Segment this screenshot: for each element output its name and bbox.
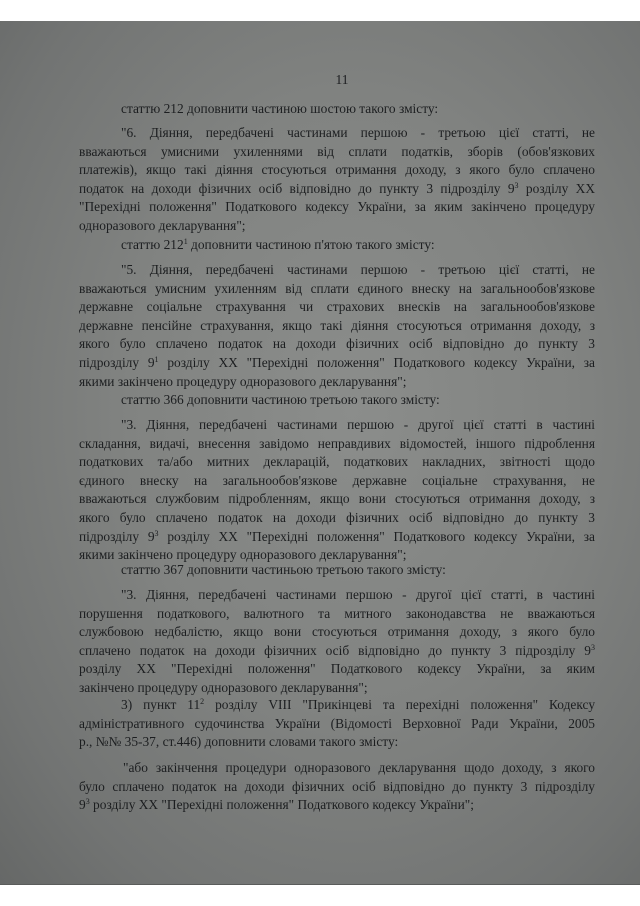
text-line: якими закінчено процедуру одноразового д… xyxy=(79,373,595,392)
paragraph-art212-intro: статтю 212 доповнити частиною шостою так… xyxy=(79,100,595,119)
text-segment: податок на доходи фізичних осіб відповід… xyxy=(79,181,515,196)
text-line: "6. Діяння, передбачені частинами першою… xyxy=(79,124,595,143)
text-line: "3. Діяння, передбачені частинами першою… xyxy=(79,416,595,435)
text-line: податкових та/або митних декларацій, под… xyxy=(79,453,595,472)
text-line: підрозділу 93 розділу XX "Перехідні поло… xyxy=(79,528,595,547)
text-line: складання, видачі, внесення завідомо неп… xyxy=(79,435,595,454)
text-line: сплачено податок на доходи фізичних осіб… xyxy=(79,642,595,661)
text-line: вважаються умисними ухиленнями від сплат… xyxy=(79,143,595,162)
paragraph-art2121-part5: "5. Діяння, передбачені частинами першою… xyxy=(79,261,595,391)
text-line: статтю 2121 доповнити частиною п'ятою та… xyxy=(79,236,595,255)
text-line: 93 розділу XX "Перехідні положення" Пода… xyxy=(79,796,595,815)
paragraph-art2121-intro: статтю 2121 доповнити частиною п'ятою та… xyxy=(79,236,595,255)
text-line: якого було сплачено податок на доходи фі… xyxy=(79,335,595,354)
scanned-page: 11 статтю 212 доповнити частиною шостою … xyxy=(0,21,640,885)
text-line: "5. Діяння, передбачені частинами першою… xyxy=(79,261,595,280)
text-segment: 3) пункт 11 xyxy=(121,697,200,712)
text-segment: розділу XX "Перехідні положення" Податко… xyxy=(90,797,474,812)
text-line: р., №№ 35-37, ст.446) доповнити словами … xyxy=(79,733,595,752)
text-line: службовою недбалістю, якщо вони стосують… xyxy=(79,623,595,642)
text-line: статтю 367 доповнити частиньою третьою т… xyxy=(79,561,595,580)
paragraph-item3: 3) пункт 112 розділу VIII "Прикінцеві та… xyxy=(79,696,595,752)
page-number: 11 xyxy=(79,71,595,90)
text-line: "3. Діяння, передбачені частинами першою… xyxy=(79,586,595,605)
text-line: закінчено процедуру одноразового деклару… xyxy=(79,679,595,698)
text-line: порушення податкового, валютного та митн… xyxy=(79,605,595,624)
text-line: єдиного внеску на загальнообов'язкове де… xyxy=(79,472,595,491)
text-line: було сплачено податок на доходи фізичних… xyxy=(79,778,595,797)
paragraph-art212-part6: "6. Діяння, передбачені частинами першою… xyxy=(79,124,595,236)
text-line: підрозділу 91 розділу XX "Перехідні поло… xyxy=(79,354,595,373)
text-line: розділу XX "Перехідні положення" Податко… xyxy=(79,660,595,679)
text-line: вважаються службовим підробленням, якщо … xyxy=(79,490,595,509)
paragraph-art367-part3: "3. Діяння, передбачені частинами першою… xyxy=(79,586,595,698)
text-line: 3) пункт 112 розділу VIII "Прикінцеві та… xyxy=(79,696,595,715)
text-line: "або закінчення процедури одноразового д… xyxy=(79,759,595,778)
text-line: одноразового декларування"; xyxy=(79,217,595,236)
text-line: платежів), якщо такі діяння стосуються о… xyxy=(79,161,595,180)
text-segment: розділу XX "Перехідні положення" Податко… xyxy=(159,529,595,544)
text-segment: доповнити частиною п'ятою такого змісту: xyxy=(188,237,435,252)
text-line: вважаються умисним ухиленням від сплати … xyxy=(79,280,595,299)
text-segment: розділу XX xyxy=(519,181,595,196)
paragraph-art367-intro: статтю 367 доповнити частиньою третьою т… xyxy=(79,561,595,580)
text-segment: статтю 212 xyxy=(121,237,184,252)
text-segment: підрозділу 9 xyxy=(79,529,155,544)
text-line: державне пенсійне страхування, якщо такі… xyxy=(79,317,595,336)
text-segment: розділу XX "Перехідні положення" Податко… xyxy=(159,355,595,370)
text-segment: розділу VIII "Прикінцеві та перехідні по… xyxy=(204,697,595,712)
superscript: 3 xyxy=(591,643,595,652)
text-segment: сплачено податок на доходи фізичних осіб… xyxy=(79,643,591,658)
paragraph-art366-intro: статтю 366 доповнити частиною третьою та… xyxy=(79,391,595,410)
text-line: податок на доходи фізичних осіб відповід… xyxy=(79,180,595,199)
text-segment: підрозділу 9 xyxy=(79,355,155,370)
text-segment: 9 xyxy=(79,797,86,812)
text-line: статтю 366 доповнити частиною третьою та… xyxy=(79,391,595,410)
text-line: якого було сплачено податок на доходи фі… xyxy=(79,509,595,528)
text-line: "Перехідні положення" Податкового кодекс… xyxy=(79,198,595,217)
paragraph-art366-part3: "3. Діяння, передбачені частинами першою… xyxy=(79,416,595,565)
paragraph-item3-text: "або закінчення процедури одноразового д… xyxy=(79,759,595,815)
text-line: державне соціальне страхування чи страхо… xyxy=(79,298,595,317)
text-line: адміністративного судочинства України (В… xyxy=(79,715,595,734)
text-line: статтю 212 доповнити частиною шостою так… xyxy=(79,100,595,119)
